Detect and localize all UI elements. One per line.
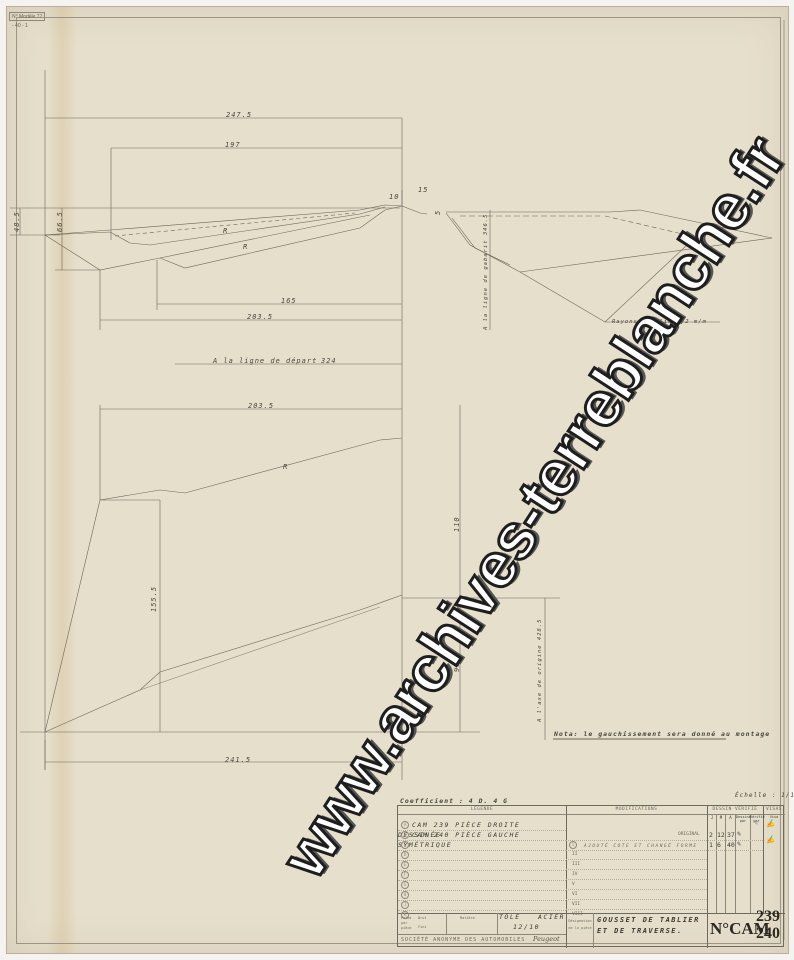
designation-label: Désignation de la pièce — [568, 918, 592, 932]
divider — [716, 814, 717, 913]
dim-left-inner: 66.5 — [56, 211, 64, 232]
matiere-value: Tôle — [499, 913, 521, 921]
divider — [593, 913, 594, 948]
dim-155: 155.5 — [150, 586, 158, 612]
signature-icon: ✎ — [736, 830, 741, 840]
dim-left-outer: 48.5 — [13, 211, 21, 232]
col-j: J — [708, 815, 716, 820]
divider — [763, 806, 764, 913]
dim-203-upper: 203.5 — [247, 313, 273, 321]
radius-a: R — [223, 227, 228, 235]
legend-mark: B — [401, 831, 409, 839]
mod-row: II — [566, 850, 707, 860]
visa-header: VISAS — [763, 806, 785, 815]
ligne-depart-label: A la ligne de départ — [213, 357, 317, 365]
ncam-bottom-number: 240 — [756, 925, 780, 942]
visa-signature-icon: ✍ — [765, 819, 775, 829]
modifications-header: MODIFICATIONS — [566, 806, 708, 815]
dim-110: 110 — [453, 516, 461, 532]
legend-mark: J — [401, 901, 409, 909]
legend-mark: G — [401, 881, 409, 889]
title-block: LÉGENDE MODIFICATIONS DESSIN VÉRIFIÉ VIS… — [397, 805, 784, 947]
radius-b: R — [243, 243, 248, 251]
mod-row: VI — [566, 890, 707, 900]
dim-15: 15 — [418, 186, 428, 194]
col-a: A — [726, 815, 735, 820]
mod-text: Ajouté cote et changé forme — [584, 844, 698, 849]
legend-mark: E — [401, 861, 409, 869]
mod-row: V — [566, 880, 707, 890]
dim-10: 10 — [389, 193, 399, 201]
ligne-depart-value: 324 — [321, 357, 337, 365]
fini-label: Fini — [418, 925, 426, 929]
legend-mark: H — [401, 891, 409, 899]
legend-mark: D — [401, 851, 409, 859]
mod-row: III — [566, 860, 707, 870]
col-visa: Visa — [764, 815, 784, 819]
dim-axe-origine: A l'axe de origine 428.5 — [537, 619, 543, 722]
divider — [566, 913, 567, 948]
divider — [707, 806, 708, 948]
col-m: M — [717, 815, 725, 820]
divider — [750, 814, 751, 913]
mod-month: 12 — [717, 830, 725, 840]
divider — [446, 913, 447, 934]
mod-row: VII — [566, 900, 707, 910]
col-dessine: Dessiné par — [736, 815, 750, 823]
coefficient-label: Coefficient : 4 D. 4 G — [400, 797, 508, 805]
mod-mark: 1 — [569, 841, 577, 849]
epaisseur-value: 12/10 — [513, 923, 540, 931]
legend-mark: F — [401, 871, 409, 879]
divider — [725, 814, 726, 913]
dim-top-inner: 197 — [225, 141, 241, 149]
dim-5: 5 — [434, 210, 442, 215]
dim-165: 165 — [281, 297, 297, 305]
qualite-value: acier — [538, 913, 565, 921]
brand-logo: Peugeot — [533, 935, 560, 943]
verifier-signature-icon: ✎ — [753, 820, 758, 827]
brut-label: Brut — [418, 916, 426, 920]
legend-header: LÉGENDE — [398, 806, 567, 815]
designation-value: Gousset de tablier et de traverse. — [597, 915, 705, 937]
divider — [497, 913, 498, 934]
poids-label: Poids par pièce — [401, 916, 415, 931]
scale-label: Échelle : 1/1 — [735, 792, 794, 799]
dim-ligne-gabarit: A la ligne de gabarit 346.5 — [483, 214, 489, 330]
mod-year: 40 — [727, 840, 735, 850]
mod-year: 37 — [727, 830, 735, 840]
mod-text: ORIGINAL — [678, 830, 700, 840]
radius-upper-edge: R — [283, 463, 288, 471]
visa-signature-icon: ✍ — [765, 835, 775, 845]
signature-icon: ✎ — [736, 840, 741, 850]
company-name: SOCIÉTÉ ANONYME DES AUTOMOBILES — [401, 937, 525, 943]
dim-203-lower: 203.5 — [248, 402, 274, 410]
ncam-top-number: 239 — [756, 908, 780, 925]
mod-month: 6 — [717, 840, 721, 850]
dim-bottom-241: 241.5 — [225, 756, 251, 764]
gauchissement-note: Nota: le gauchissement sera donné au mon… — [554, 730, 770, 738]
dim-top-overall: 247.5 — [226, 111, 252, 119]
legend-mark: A — [401, 821, 409, 829]
mod-row: IV — [566, 870, 707, 880]
legend-mark: C — [401, 841, 409, 849]
mod-day: 2 — [709, 830, 713, 840]
divider — [735, 814, 736, 913]
mod-day: 1 — [709, 840, 713, 850]
matiere-label: Matière — [460, 916, 475, 920]
